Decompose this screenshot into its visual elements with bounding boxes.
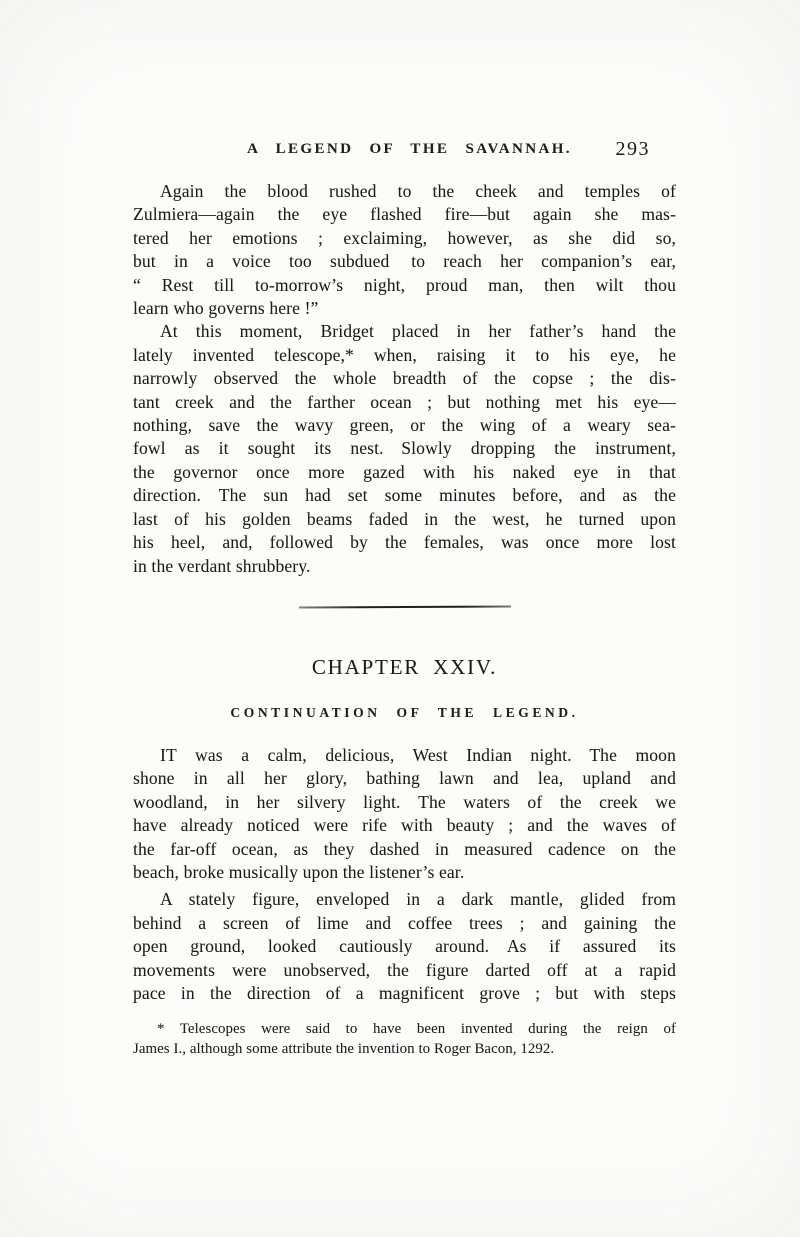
text-line: have already noticed were rife with beau… [133, 814, 676, 837]
text-line: * Telescopes were said to have been inve… [133, 1020, 676, 1040]
section-divider-rule [298, 605, 510, 608]
paragraph: Again the blood rushed to the cheek and … [133, 180, 676, 320]
text-line: learn who governs here !” [133, 297, 676, 320]
text-line: the governor once more gazed with his na… [133, 461, 676, 484]
text-line: movements were unobserved, the figure da… [133, 959, 676, 982]
text-line: James I., although some attribute the in… [133, 1040, 676, 1060]
text-line: “ Rest till to-morrow’s night, proud man… [133, 274, 676, 297]
footnote: * Telescopes were said to have been inve… [133, 1020, 676, 1059]
text-line: open ground, looked cautiously around. A… [133, 935, 676, 958]
text-line: IT was a calm, delicious, West Indian ni… [133, 744, 676, 767]
text-line: beach, broke musically upon the listener… [133, 861, 676, 884]
page-number: 293 [616, 138, 651, 161]
text-line: in the verdant shrubbery. [133, 555, 676, 578]
paragraph: IT was a calm, delicious, West Indian ni… [133, 744, 676, 884]
text-line: tant creek and the farther ocean ; but n… [133, 391, 676, 414]
book-page: A LEGEND OF THE SAVANNAH. 293 Again the … [0, 0, 800, 1237]
text-line: A stately figure, enveloped in a dark ma… [133, 888, 676, 911]
text-line: behind a screen of lime and coffee trees… [133, 912, 676, 935]
text-line: pace in the direction of a magnificent g… [133, 982, 676, 1005]
chapter-heading: CHAPTER XXIV. [133, 654, 676, 680]
text-line: Zulmiera—again the eye flashed fire—but … [133, 203, 676, 226]
text-line: lately invented telescope,* when, raisin… [133, 344, 676, 367]
text-line: woodland, in her silvery light. The wate… [133, 791, 676, 814]
text-line: narrowly observed the whole breadth of t… [133, 367, 676, 390]
text-line: shone in all her glory, bathing lawn and… [133, 767, 676, 790]
text-line: the far-off ocean, as they dashed in mea… [133, 838, 676, 861]
chapter-subheading: CONTINUATION OF THE LEGEND. [133, 704, 676, 721]
text-block: A LEGEND OF THE SAVANNAH. 293 Again the … [133, 141, 676, 1060]
text-line: Again the blood rushed to the cheek and … [133, 180, 676, 203]
running-head-row: A LEGEND OF THE SAVANNAH. 293 [133, 141, 676, 165]
text-line: fowl as it sought its nest. Slowly dropp… [133, 437, 676, 460]
text-line: but in a voice too subdued to reach her … [133, 250, 676, 273]
running-head: A LEGEND OF THE SAVANNAH. [133, 141, 676, 158]
text-line: tered her emotions ; exclaiming, however… [133, 227, 676, 250]
paragraph: A stately figure, enveloped in a dark ma… [133, 888, 676, 1005]
text-line: At this moment, Bridget placed in her fa… [133, 320, 676, 343]
text-line: his heel, and, followed by the females, … [133, 531, 676, 554]
text-line: last of his golden beams faded in the we… [133, 508, 676, 531]
paragraph: At this moment, Bridget placed in her fa… [133, 320, 676, 577]
text-line: nothing, save the wavy green, or the win… [133, 414, 676, 437]
text-line: direction. The sun had set some minutes … [133, 484, 676, 507]
